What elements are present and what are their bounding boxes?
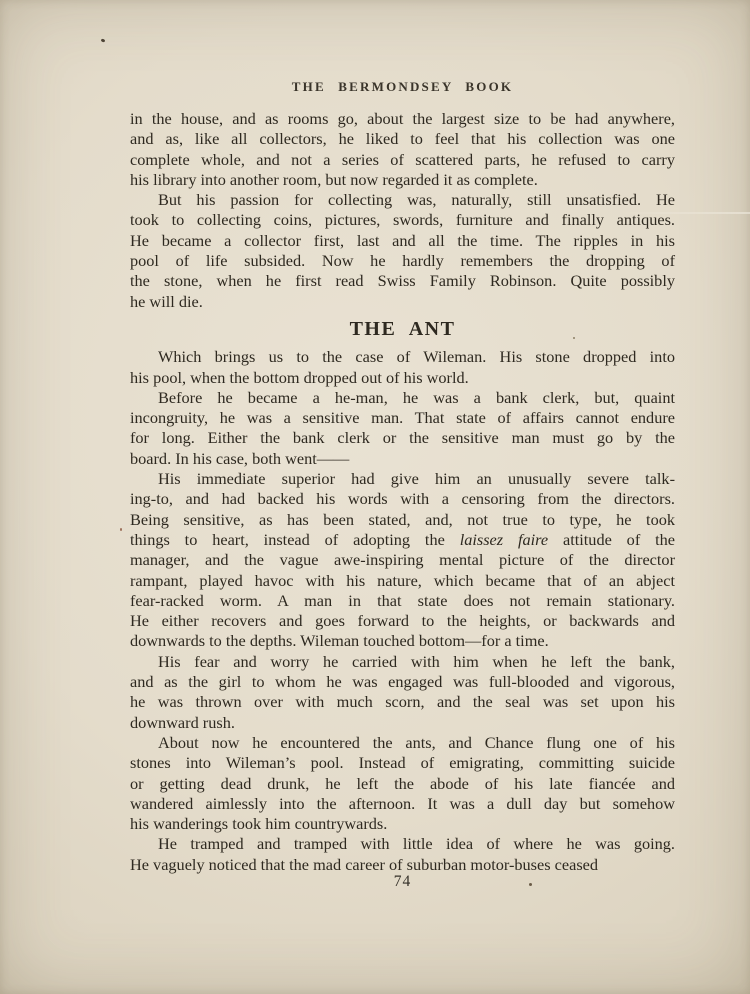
- text-segment: he will die.: [130, 292, 203, 311]
- text-segment: and as the girl to whom he was engaged w…: [130, 672, 675, 691]
- text-segment: About now he encountered the ants, and C…: [158, 733, 675, 752]
- text-segment: wandered aimlessly into the afternoon. I…: [130, 794, 675, 813]
- text-line: pool of life subsided. Now he hardly rem…: [130, 251, 675, 271]
- text-segment: took to collecting coins, pictures, swor…: [130, 210, 675, 229]
- text-segment: the stone, when he first read Swiss Fami…: [130, 271, 675, 290]
- text-line: things to heart, instead of adopting the…: [130, 530, 675, 550]
- text-line: complete whole, and not a series of scat…: [130, 150, 675, 170]
- paper-speck: [573, 337, 575, 339]
- text-segment: Being sensitive, as has been stated, and…: [130, 510, 675, 529]
- text-line: and as the girl to whom he was engaged w…: [130, 672, 675, 692]
- text-line: in the house, and as rooms go, about the…: [130, 109, 675, 129]
- text-line: ing-to, and had backed his words with a …: [130, 489, 675, 509]
- text-line: his pool, when the bottom dropped out of…: [130, 368, 675, 388]
- text-line: He vaguely noticed that the mad career o…: [130, 855, 675, 875]
- text-segment: things to heart, instead of adopting the: [130, 530, 460, 549]
- text-segment: Before he became a he-man, he was a bank…: [158, 388, 675, 407]
- text-segment: or getting dead drunk, he left the abode…: [130, 774, 675, 793]
- text-line: He became a collector first, last and al…: [130, 231, 675, 251]
- text-line: stones into Wileman’s pool. Instead of e…: [130, 753, 675, 773]
- text-line: About now he encountered the ants, and C…: [130, 733, 675, 753]
- text-line: But his passion for collecting was, natu…: [130, 190, 675, 210]
- text-segment: He either recovers and goes forward to t…: [130, 611, 675, 630]
- text-segment: attitude of the: [548, 530, 675, 549]
- page-body: in the house, and as rooms go, about the…: [130, 109, 675, 875]
- text-segment: his wanderings took him countrywards.: [130, 814, 387, 833]
- paragraph: His fear and worry he carried with him w…: [130, 652, 675, 733]
- text-line: he will die.: [130, 292, 675, 312]
- text-segment: His immediate superior had give him an u…: [158, 469, 675, 488]
- text-segment: for long. Either the bank clerk or the s…: [130, 428, 675, 447]
- text-segment: complete whole, and not a series of scat…: [130, 150, 675, 169]
- paragraph: But his passion for collecting was, natu…: [130, 190, 675, 312]
- text-segment: incongruity, he was a sensitive man. Tha…: [130, 408, 675, 427]
- text-line: fear-racked worm. A man in that state do…: [130, 591, 675, 611]
- text-line: Before he became a he-man, he was a bank…: [130, 388, 675, 408]
- text-segment: downwards to the depths. Wileman touched…: [130, 631, 549, 650]
- text-line: rampant, played havoc with his nature, w…: [130, 571, 675, 591]
- text-line: for long. Either the bank clerk or the s…: [130, 428, 675, 448]
- text-line: Being sensitive, as has been stated, and…: [130, 510, 675, 530]
- text-segment: he was thrown over with much scorn, and …: [130, 692, 675, 711]
- text-segment: pool of life subsided. Now he hardly rem…: [130, 251, 675, 270]
- text-segment: rampant, played havoc with his nature, w…: [130, 571, 675, 590]
- text-line: and as, like all collectors, he liked to…: [130, 129, 675, 149]
- text-segment: Which brings us to the case of Wileman. …: [158, 347, 675, 366]
- text-line: His fear and worry he carried with him w…: [130, 652, 675, 672]
- section-heading: THE ANT: [130, 319, 675, 339]
- text-segment: and as, like all collectors, he liked to…: [130, 129, 675, 148]
- text-line: his library into another room, but now r…: [130, 170, 675, 190]
- text-line: downwards to the depths. Wileman touched…: [130, 631, 675, 651]
- paper-speck: [120, 528, 122, 531]
- text-segment: fear-racked worm. A man in that state do…: [130, 591, 675, 610]
- text-line: His immediate superior had give him an u…: [130, 469, 675, 489]
- text-line: incongruity, he was a sensitive man. Tha…: [130, 408, 675, 428]
- text-line: wandered aimlessly into the afternoon. I…: [130, 794, 675, 814]
- text-line: or getting dead drunk, he left the abode…: [130, 774, 675, 794]
- paper-crease: [620, 212, 750, 214]
- scanned-book-page: THE BERMONDSEY BOOK in the house, and as…: [0, 0, 750, 994]
- text-line: downward rush.: [130, 713, 675, 733]
- text-line: his wanderings took him countrywards.: [130, 814, 675, 834]
- text-line: took to collecting coins, pictures, swor…: [130, 210, 675, 230]
- text-segment: his pool, when the bottom dropped out of…: [130, 368, 469, 387]
- paragraph: About now he encountered the ants, and C…: [130, 733, 675, 834]
- paper-speck: [529, 883, 532, 886]
- text-segment: in the house, and as rooms go, about the…: [130, 109, 675, 128]
- text-segment: manager, and the vague awe-inspiring men…: [130, 550, 675, 569]
- paper-speck: [101, 38, 106, 42]
- paragraph: Before he became a he-man, he was a bank…: [130, 388, 675, 469]
- text-segment: He tramped and tramped with little idea …: [158, 834, 675, 853]
- page-number: 74: [130, 873, 675, 891]
- text-segment: downward rush.: [130, 713, 235, 732]
- text-segment: He became a collector first, last and al…: [130, 231, 675, 250]
- text-segment: his library into another room, but now r…: [130, 170, 538, 189]
- text-segment: His fear and worry he carried with him w…: [158, 652, 675, 671]
- text-segment: But his passion for collecting was, natu…: [158, 190, 675, 209]
- paragraph: He tramped and tramped with little idea …: [130, 834, 675, 875]
- text-segment: board. In his case, both went——: [130, 449, 349, 468]
- text-line: Which brings us to the case of Wileman. …: [130, 347, 675, 367]
- text-line: manager, and the vague awe-inspiring men…: [130, 550, 675, 570]
- italic-text: laissez faire: [460, 530, 548, 549]
- paragraph: in the house, and as rooms go, about the…: [130, 109, 675, 190]
- text-line: the stone, when he first read Swiss Fami…: [130, 271, 675, 291]
- running-head: THE BERMONDSEY BOOK: [130, 79, 675, 95]
- text-line: He either recovers and goes forward to t…: [130, 611, 675, 631]
- text-line: He tramped and tramped with little idea …: [130, 834, 675, 854]
- text-segment: stones into Wileman’s pool. Instead of e…: [130, 753, 675, 772]
- text-segment: ing-to, and had backed his words with a …: [130, 489, 675, 508]
- paragraph: His immediate superior had give him an u…: [130, 469, 675, 652]
- text-segment: He vaguely noticed that the mad career o…: [130, 855, 598, 874]
- paragraph: Which brings us to the case of Wileman. …: [130, 347, 675, 388]
- text-line: he was thrown over with much scorn, and …: [130, 692, 675, 712]
- text-line: board. In his case, both went——: [130, 449, 675, 469]
